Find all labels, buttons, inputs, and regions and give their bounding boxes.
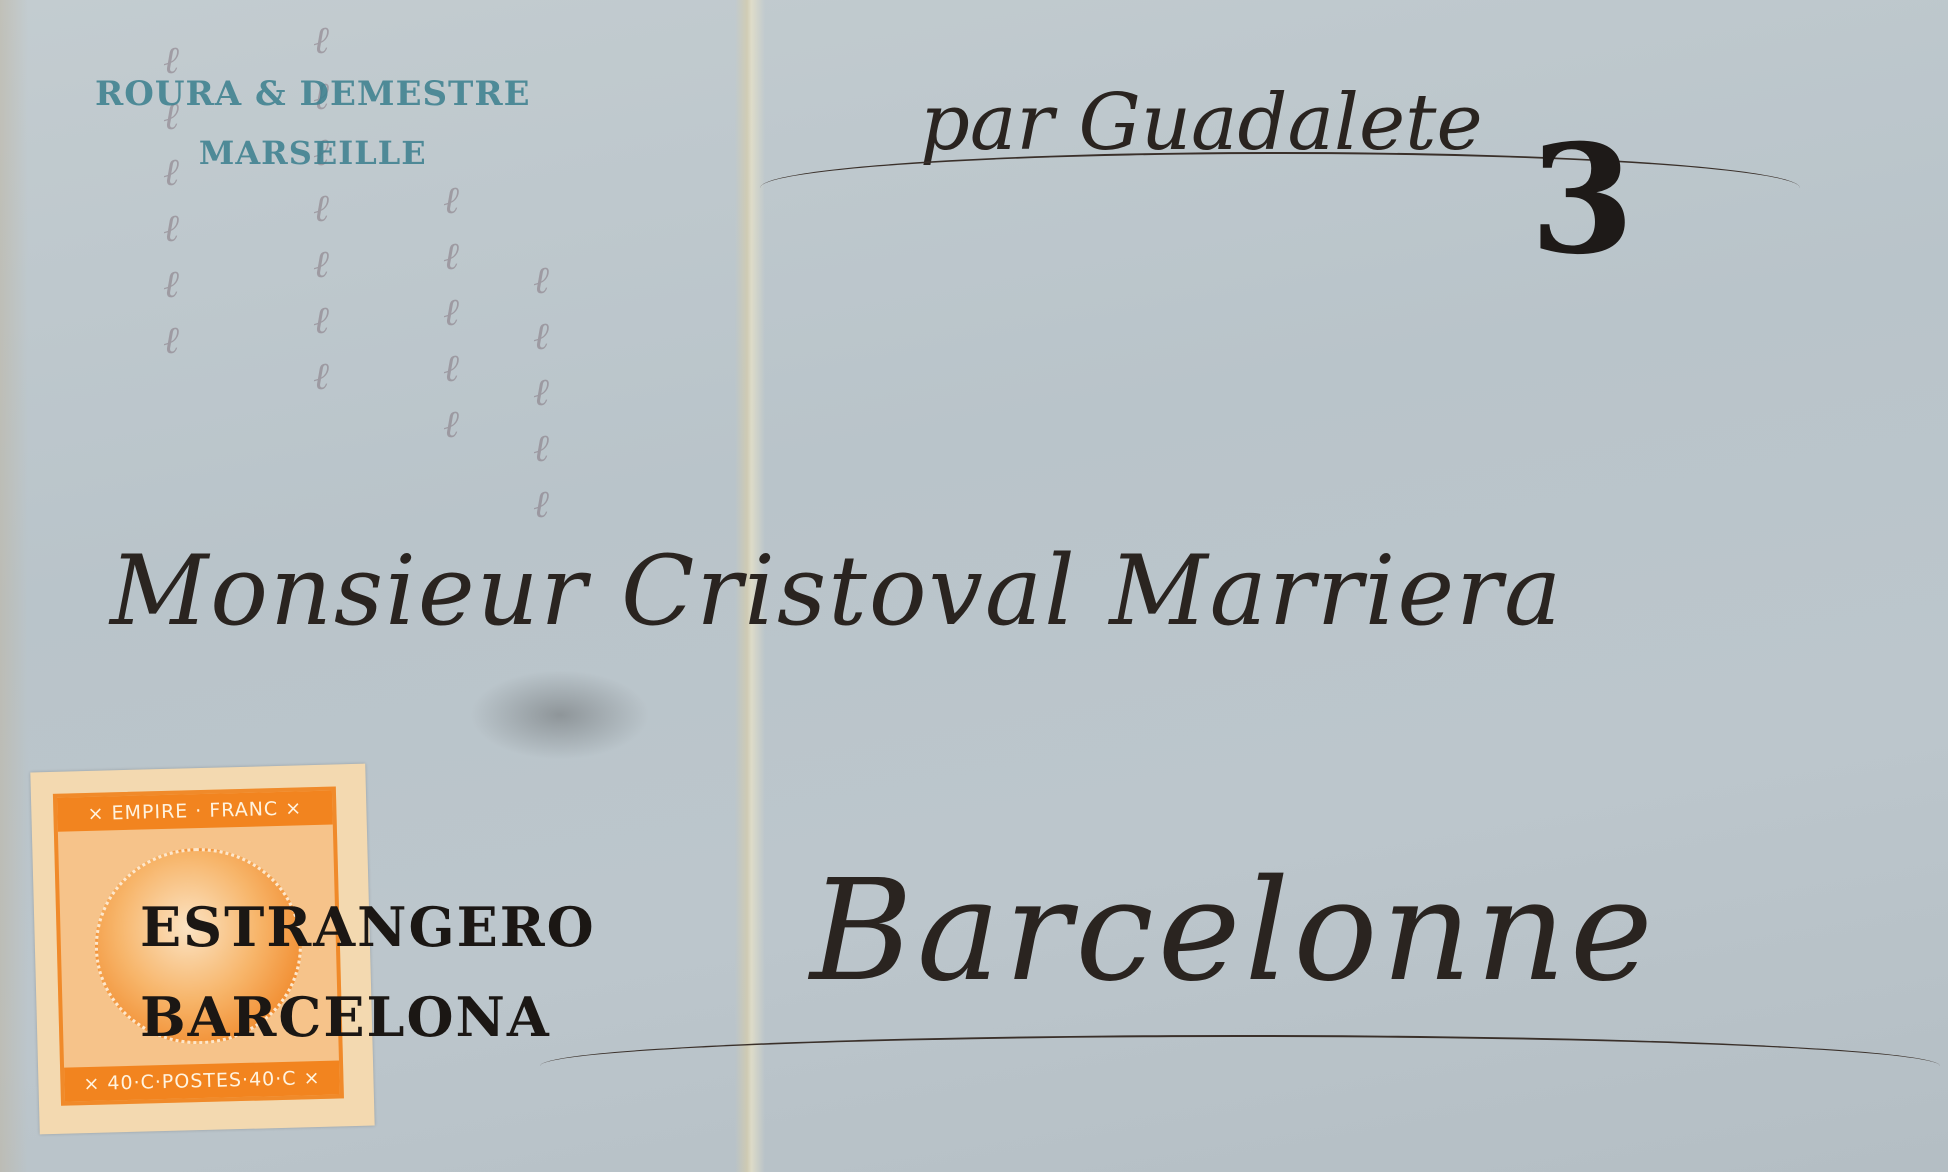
postal-cover: ℓℓℓℓℓℓ ℓℓℓℓℓℓℓ ℓℓℓℓℓ ℓℓℓℓℓ ROURA & DEMES… <box>0 0 1948 1172</box>
sender-handstamp-line1: ROURA & DEMESTRE <box>95 74 531 114</box>
sender-handstamp: ROURA & DEMESTRE MARSEILLE <box>95 74 531 172</box>
show-through-writing: ℓℓℓℓℓ <box>430 180 474 460</box>
addressee-name: Monsieur Cristoval Marriera <box>110 535 1563 647</box>
underline-rule <box>540 1035 1940 1097</box>
underline-rule <box>760 152 1800 224</box>
stamp-top-label: × EMPIRE · FRANC × <box>57 791 333 832</box>
cancellation-line1: ESTRANGERO <box>140 895 596 959</box>
ink-smudge <box>470 670 650 760</box>
cancellation-line2: BARCELONA <box>140 985 551 1049</box>
left-edge-fold <box>0 0 28 1172</box>
stamp-bottom-label: × 40·C·POSTES·40·C × <box>64 1060 340 1101</box>
destination-city: Barcelonne <box>810 850 1657 1013</box>
sender-handstamp-line2: MARSEILLE <box>95 134 531 172</box>
show-through-writing: ℓℓℓℓℓ <box>520 260 564 540</box>
postage-due-mark: 3 <box>1530 112 1634 288</box>
